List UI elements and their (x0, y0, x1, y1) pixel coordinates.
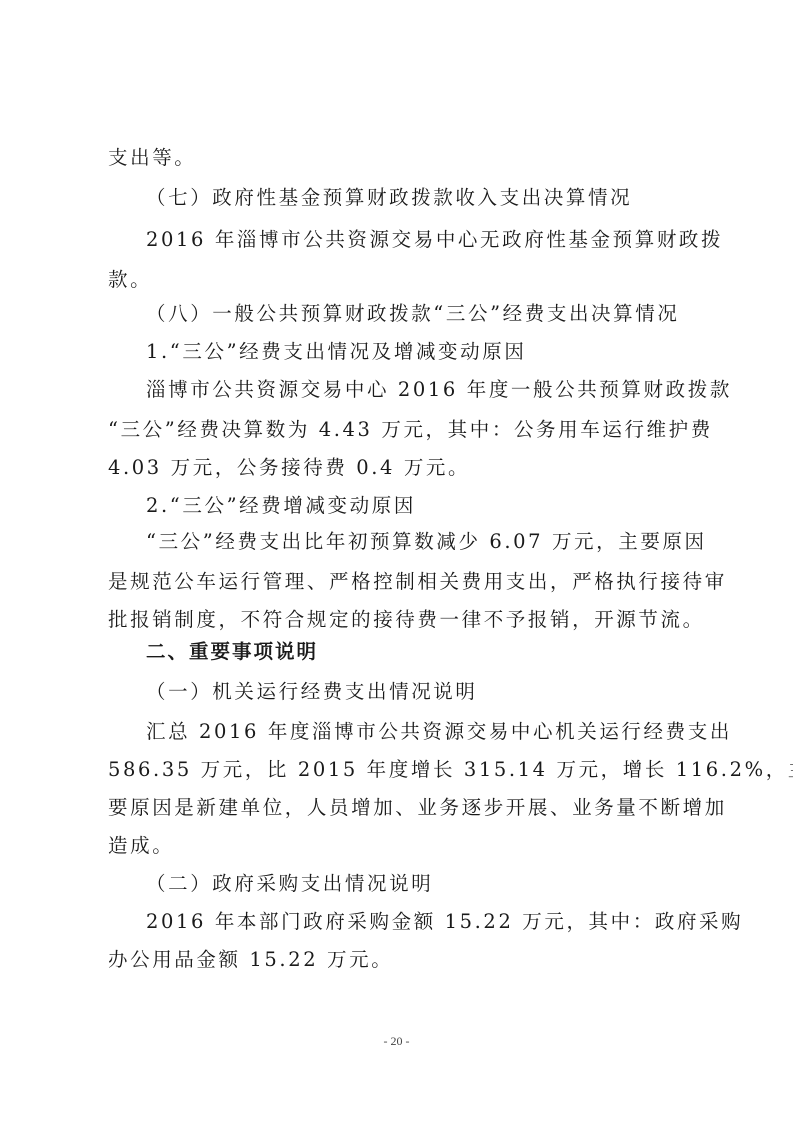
section-heading-2: （二）政府采购支出情况说明 (146, 872, 736, 896)
paragraph-line: 汇总 2016 年度淄博市公共资源交易中心机关运行经费支出 (146, 720, 736, 744)
paragraph-line: “三公”经费支出比年初预算数减少 6.07 万元，主要原因 (146, 530, 736, 554)
paragraph-line: 要原因是新建单位，人员增加、业务逐步开展、业务量不断增加 (108, 796, 698, 820)
paragraph-line: 办公用品金额 15.22 万元。 (108, 948, 698, 972)
paragraph-line: 2016 年本部门政府采购金额 15.22 万元，其中：政府采购 (146, 910, 736, 934)
subheading-2: 2.“三公”经费增减变动原因 (146, 494, 736, 518)
section-heading-7: （七）政府性基金预算财政拨款收入支出决算情况 (146, 186, 736, 210)
paragraph-line: 淄博市公共资源交易中心 2016 年度一般公共预算财政拨款 (146, 378, 736, 402)
paragraph-line: 款。 (108, 268, 698, 292)
paragraph-line: 造成。 (108, 834, 698, 858)
paragraph-line: 是规范公车运行管理、严格控制相关费用支出，严格执行接待审 (108, 570, 698, 594)
paragraph-line: 586.35 万元，比 2015 年度增长 315.14 万元，增长 116.2… (108, 758, 698, 782)
paragraph-line: 支出等。 (108, 146, 698, 170)
page-number: - 20 - (0, 1034, 793, 1049)
paragraph-line: 4.03 万元，公务接待费 0.4 万元。 (108, 456, 698, 480)
document-page: 支出等。 （七）政府性基金预算财政拨款收入支出决算情况 2016 年淄博市公共资… (0, 0, 793, 1122)
section-heading-1: （一）机关运行经费支出情况说明 (146, 680, 736, 704)
main-heading-2: 二、重要事项说明 (146, 640, 736, 664)
section-heading-8: （八）一般公共预算财政拨款“三公”经费支出决算情况 (146, 302, 736, 326)
paragraph-line: 批报销制度，不符合规定的接待费一律不予报销，开源节流。 (108, 608, 698, 632)
subheading-1: 1.“三公”经费支出情况及增减变动原因 (146, 340, 736, 364)
paragraph-line: “三公”经费决算数为 4.43 万元，其中：公务用车运行维护费 (108, 418, 698, 442)
paragraph-line: 2016 年淄博市公共资源交易中心无政府性基金预算财政拨 (146, 228, 736, 252)
